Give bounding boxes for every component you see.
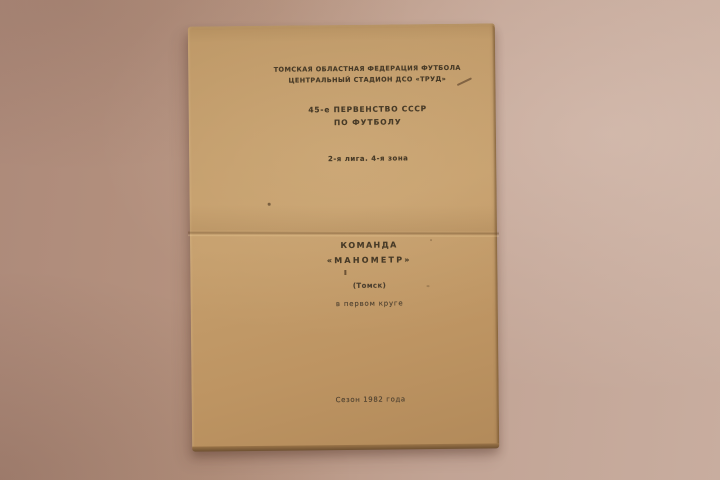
cover-text-column: ТОМСКАЯ ОБЛАСТНАЯ ФЕДЕРАЦИЯ ФУТБОЛА ЦЕНТ… [244, 23, 494, 450]
team-city: (Томск) [246, 280, 492, 291]
stadium-line: ЦЕНТРАЛЬНЫЙ СТАДИОН ДСО «ТРУД» [244, 74, 490, 85]
championship-title: 45-е ПЕРВЕНСТВО СССР [245, 103, 491, 115]
programme-cover: ТОМСКАЯ ОБЛАСТНАЯ ФЕДЕРАЦИЯ ФУТБОЛА ЦЕНТ… [188, 23, 499, 450]
team-name: «МАНОМЕТР» [246, 254, 492, 266]
team-label: КОМАНДА [246, 239, 492, 251]
league-zone-line: 2-я лига. 4-я зона [245, 153, 491, 164]
season-line: Сезон 1982 года [248, 394, 494, 405]
championship-subtitle: ПО ФУТБОЛУ [245, 116, 491, 128]
photo-background: ТОМСКАЯ ОБЛАСТНАЯ ФЕДЕРАЦИЯ ФУТБОЛА ЦЕНТ… [0, 0, 720, 480]
round-note: в первом круге [247, 298, 493, 309]
federation-line: ТОМСКАЯ ОБЛАСТНАЯ ФЕДЕРАЦИЯ ФУТБОЛА [244, 63, 490, 74]
